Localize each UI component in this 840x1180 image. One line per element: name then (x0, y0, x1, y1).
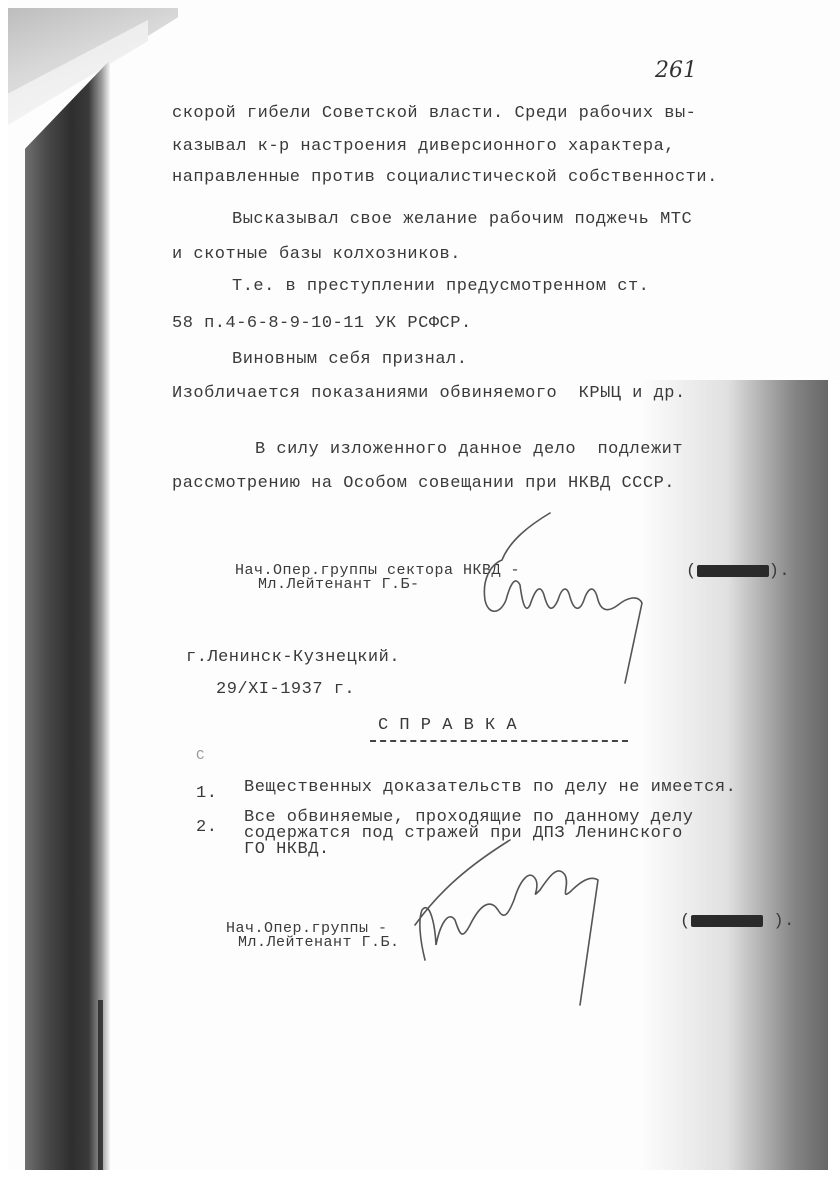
place-line: г.Ленинск-Кузнецкий. (186, 648, 400, 667)
redacted-name: (REDACTED) (691, 915, 763, 927)
text-line: 58 п.4-6-8-9-10-11 УК РСФСР. (172, 314, 472, 333)
handwritten-signature (380, 820, 680, 1010)
item-text: Вещественных доказательств по делу не им… (244, 778, 736, 797)
item-text: ГО НКВД. (244, 842, 330, 858)
text-line: скорой гибели Советской власти. Среди ра… (172, 104, 696, 123)
confession-line: Виновным себя признал. (232, 350, 467, 369)
text-line: Высказывал свое желание рабочим поджечь … (232, 210, 692, 229)
item-number: 1. (196, 784, 217, 803)
signatory-rank: Мл.Лейтенант Г.Б. (238, 936, 400, 950)
text-line: направленные против социалистической соб… (172, 168, 718, 187)
exposed-by-line: Изобличается показаниями обвиняемого КРЫ… (172, 384, 686, 403)
typed-document: 261 скорой гибели Советской власти. Сред… (0, 0, 840, 1180)
margin-mark: С (196, 748, 205, 764)
text-line: Т.е. в преступлении предусмотренном ст. (232, 277, 649, 296)
date-line: 29/XI-1937 г. (216, 680, 355, 699)
handwritten-signature (470, 505, 680, 685)
conclusion-line: В силу изложенного данное дело подлежит (255, 440, 683, 459)
conclusion-line: рассмотрению на Особом совещании при НКВ… (172, 474, 675, 493)
signatory-name: ((REDACTED) ). (680, 912, 795, 931)
signatory-rank: Мл.Лейтенант Г.Б- (258, 578, 420, 592)
text-line: и скотные базы колхозников. (172, 245, 461, 264)
certificate-title: С П Р А В К А (378, 716, 517, 735)
item-number: 2. (196, 818, 217, 837)
page-number: 261 (655, 58, 697, 83)
text-line: казывал к-р настроения диверсионного хар… (172, 137, 675, 156)
title-underline (370, 740, 628, 742)
signatory-name: ((REDACTED)). (686, 562, 790, 581)
redacted-name: (REDACTED) (697, 565, 769, 577)
